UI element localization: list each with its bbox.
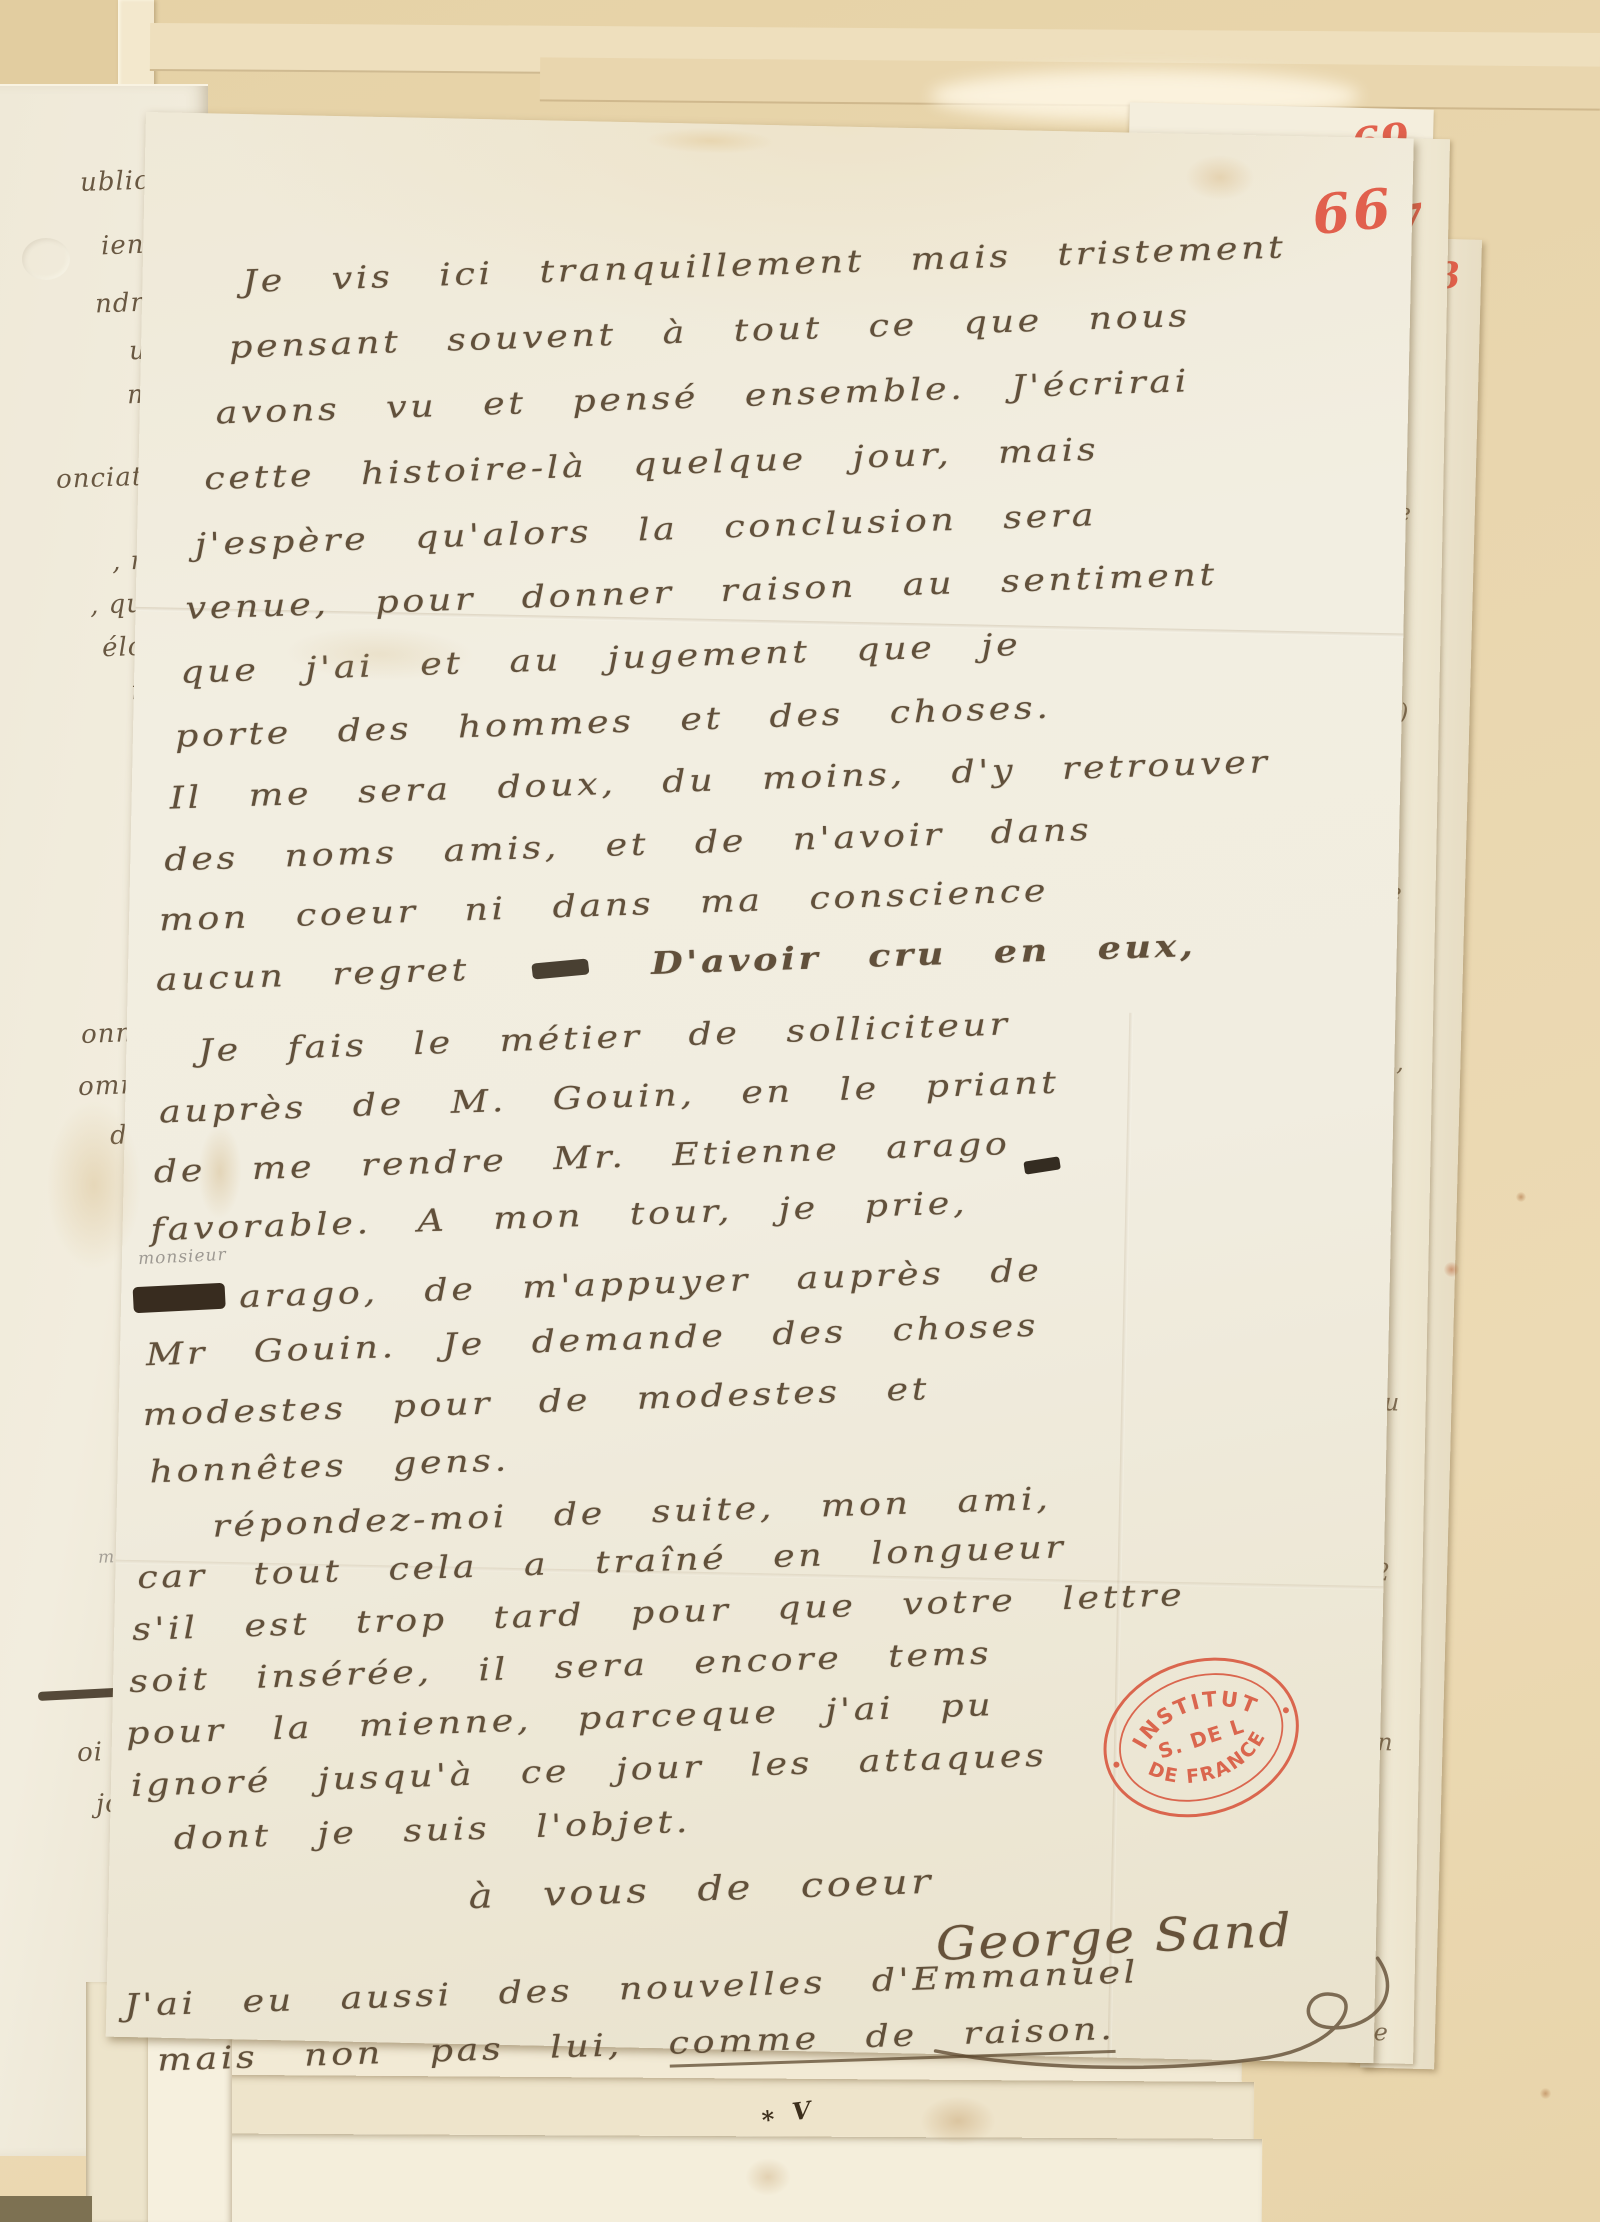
foxing-dot [1540,2088,1551,2099]
fold-crease [1107,1013,1133,2058]
letter-line: pour la mienne, parceque j'ai pu [125,1687,994,1752]
letter-line: avons vu et pensé ensemble. J'écrirai [215,363,1190,431]
letter-line: porte des hommes et des choses. [174,690,1052,755]
letter-line-part: aucun regret [155,952,470,998]
letter-line: des noms amis, et de n'avoir dans [164,812,1093,879]
letter-line: Je fais le métier de solliciteur [198,1006,1011,1069]
folio-number-main: 66 [1309,175,1396,247]
letter-line: dont je suis l'objet. [173,1804,691,1857]
letter-line: favorable. A mon tour, je prie, [150,1185,969,1248]
letter-line-part: D'avoir cru en eux, [650,928,1196,982]
ink-insertion-mark [1023,1156,1061,1174]
blind-emboss-seal [22,238,70,280]
ink-blot-strike [531,958,589,979]
paper-stain [1184,154,1255,201]
cutoff-handwriting-fragment: , [1396,1048,1404,1076]
foxing-dot [1516,1192,1526,1202]
letter-line: de me rendre Mr. Etienne arago [153,1126,1011,1190]
manuscript-page: 66 Je vis ici tranquillement mais triste… [106,112,1414,2063]
letter-line: Mr Gouin. Je demande des choses [145,1308,1039,1374]
letter-line: pensant souvent à tout ce que nous [228,298,1191,366]
letter-line: arago, de m'appuyer auprès de [239,1253,1043,1316]
backdrop-sheet-edge [0,0,118,86]
ink-blot-scratched-word [133,1283,226,1313]
letter-line: mon coeur ni dans ma conscience [158,873,1049,939]
folded-sheet-edge [112,2133,1262,2222]
letter-line: auprès de M. Gouin, en le priant [158,1065,1060,1131]
pencil-insertion: monsieur [138,1245,227,1269]
letter-line: cette histoire-là quelque jour, mais [204,432,1100,498]
letter-line: Il me sera doux, du moins, d'y retrouver [169,744,1271,816]
letter-line: que j'ai et au jugement que je [180,627,1022,691]
letter-line: soit insérée, il sera encore tems [129,1635,993,1700]
letter-line-with-blot: aucun regret D'avoir cru en eux, [155,928,1197,998]
table-surface-sliver [0,2196,92,2222]
paper-stain [645,126,776,155]
letter-line: ignoré jusqu'à ce jour les attaques [130,1738,1048,1804]
letter-line: modestes pour de modestes et [142,1371,930,1433]
scanned-manuscript-photo: { "document_type": "handwritten letter, … [0,0,1600,2222]
letter-line: Je vis ici tranquillement mais tristemen… [242,229,1287,300]
letter-line: j'espère qu'alors la conclusion sera [194,497,1097,563]
letter-line: honnêtes gens. [149,1442,510,1490]
closing-salutation: à vous de coeur [468,1862,934,1917]
letter-line: venue, pour donner raison au sentiment [185,557,1218,627]
